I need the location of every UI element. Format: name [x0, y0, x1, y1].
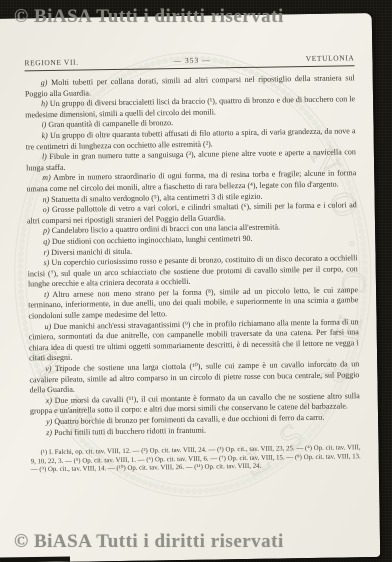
item-text: Un coperchio curiosissimo rosso e pesant…: [28, 253, 358, 288]
body-paragraph: s) Un coperchio curiosissimo rosso e pes…: [28, 253, 358, 290]
item-label: n): [43, 195, 50, 204]
item-text: Due stidioni con occhietto inginocchiato…: [52, 234, 253, 246]
item-label: r): [43, 248, 49, 257]
biasa-copyright-watermark-top: © BiASA Tutti i diritti riservati: [14, 6, 284, 28]
scan-edge-shadow: [0, 556, 70, 562]
item-text: Tripode che sostiene una larga ciottola …: [29, 359, 359, 394]
item-label: y): [46, 417, 52, 426]
item-label: l): [42, 152, 47, 161]
item-label: k): [42, 131, 48, 140]
body-text: g) Molti tubetti per collana dorati, sim…: [25, 73, 361, 438]
item-label: x): [46, 396, 52, 405]
footnote-text: (¹) I. Falchi, op. cit. tav. VIII, 12. —…: [31, 444, 361, 475]
item-label: q): [43, 237, 50, 246]
header-region-label: REGIONE VII.: [24, 58, 78, 68]
body-paragraph: v) Tripode che sostiene una larga ciotto…: [29, 359, 359, 396]
item-text: Ambre in numero straordinario di ogni fo…: [26, 169, 356, 194]
scanned-book-page-viewer: { "watermark": { "text": "© BiASA Tutti …: [0, 0, 392, 562]
item-label: h): [41, 99, 48, 108]
biasa-copyright-watermark-bottom: © BiASA Tutti i diritti riservati: [14, 531, 284, 553]
item-label: i): [41, 120, 46, 129]
item-label: g): [41, 78, 48, 87]
body-paragraph: t) Altro arnese non meno strano per la f…: [28, 285, 358, 322]
item-text: Due manichi anch'essi stravagantissimi (…: [29, 317, 359, 363]
item-text: Gran quantità di campanelle di bronzo.: [48, 118, 173, 129]
scanned-page: N O · C H R I S T M M REGIONE VII. — 353…: [0, 13, 380, 562]
header-site-label: VETULONIA: [306, 53, 355, 63]
page-number: — 353 —: [174, 56, 211, 66]
body-paragraph: u) Due manichi anch'essi stravagantissim…: [29, 317, 360, 365]
item-label: o): [43, 205, 50, 214]
item-text: Diversi manichi di situla.: [51, 246, 132, 256]
footnotes-block: (¹) I. Falchi, op. cit. tav. VIII, 12. —…: [31, 444, 361, 475]
item-label: u): [45, 322, 52, 331]
item-text: Pochi fittili tutti di bucchero ridotti …: [54, 425, 206, 436]
item-label: t): [44, 290, 49, 299]
item-label: v): [45, 364, 51, 373]
item-label: z): [46, 428, 52, 437]
item-text: Altro arnese non meno strano per la form…: [28, 285, 358, 320]
item-label: p): [43, 226, 50, 235]
item-label: s): [44, 258, 50, 267]
item-label: m): [42, 173, 51, 182]
